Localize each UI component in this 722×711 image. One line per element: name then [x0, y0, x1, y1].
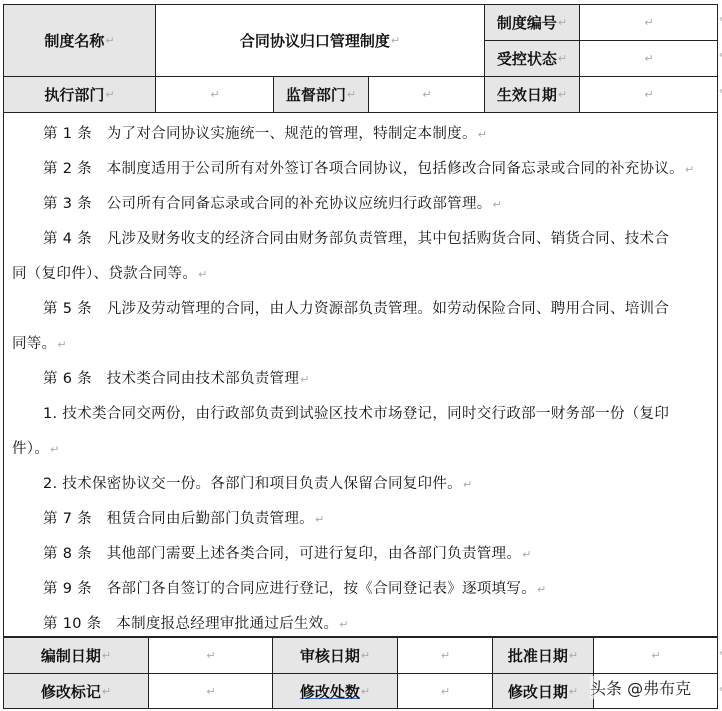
policy-code-field[interactable]: ↵ — [579, 4, 718, 41]
article-8: 第 8 条 其他部门需要上述各类合同，可进行复印，由各部门负责管理。↵ — [43, 542, 532, 563]
approve-date-label: 批准日期↵ — [492, 637, 594, 674]
article-9: 第 9 条 各部门各自签订的合同应进行登记，按《合同登记表》逐项填写。↵ — [43, 577, 546, 598]
effective-date-field[interactable]: ↵ — [579, 76, 718, 113]
article-6-item-1: 1. 技术类合同交两份，由行政部负责到试验区技术市场登记，同时交行政部一财务部一… — [43, 402, 669, 423]
revision-mark-label: 修改标记↵ — [3, 673, 149, 709]
policy-name-value[interactable]: 合同协议归口管理制度↵ — [155, 4, 485, 77]
revision-count-label: 修改处数↵ — [272, 673, 398, 709]
watermark: 头条 @弗布克 — [590, 676, 691, 699]
review-date-label: 审核日期↵ — [272, 637, 398, 674]
article-3: 第 3 条 公司所有合同备忘录或合同的补充协议应统归行政部管理。↵ — [43, 192, 502, 213]
article-4-cont: 同（复印件）、贷款合同等。↵ — [12, 262, 208, 283]
approve-date-field[interactable]: ↵ — [593, 637, 718, 674]
effective-date-label: 生效日期↵ — [484, 76, 580, 113]
review-date-field[interactable]: ↵ — [397, 637, 493, 674]
revision-count-field[interactable]: ↵ — [397, 673, 493, 709]
article-1: 第 1 条 为了对合同协议实施统一、规范的管理，特制定本制度。↵ — [43, 122, 487, 143]
supervise-dept-label: 监督部门↵ — [273, 76, 369, 113]
exec-dept-label: 执行部门↵ — [3, 76, 156, 113]
article-2: 第 2 条 本制度适用于公司所有对外签订各项合同协议，包括修改合同备忘录或合同的… — [43, 157, 694, 178]
article-10: 第 10 条 本制度报总经理审批通过后生效。↵ — [43, 612, 349, 633]
revision-date-label: 修改日期↵ — [492, 673, 594, 709]
article-6-item-1-cont: 件）。↵ — [12, 437, 60, 458]
revision-mark-field[interactable]: ↵ — [148, 673, 273, 709]
control-status-field[interactable]: ↵ — [579, 40, 718, 77]
policy-code-label: 制度编号↵ — [484, 4, 580, 41]
prepared-date-label: 编制日期↵ — [3, 637, 149, 674]
article-6: 第 6 条 技术类合同由技术部负责管理↵ — [43, 367, 310, 388]
supervise-dept-field[interactable]: ↵ — [368, 76, 485, 113]
exec-dept-field[interactable]: ↵ — [155, 76, 274, 113]
prepared-date-field[interactable]: ↵ — [148, 637, 273, 674]
article-6-item-2: 2. 技术保密协议交一份。各部门和项目负责人保留合同复印件。↵ — [43, 472, 472, 493]
article-4: 第 4 条 凡涉及财务收支的经济合同由财务部负责管理，其中包括购货合同、销货合同… — [43, 227, 669, 248]
article-5-cont: 同等。↵ — [12, 332, 67, 353]
policy-name-label: 制度名称↵ — [3, 4, 156, 77]
article-5: 第 5 条 凡涉及劳动管理的合同，由人力资源部负责管理。如劳动保险合同、聘用合同… — [43, 297, 669, 318]
article-7: 第 7 条 租赁合同由后勤部门负责管理。↵ — [43, 507, 324, 528]
control-status-label: 受控状态↵ — [484, 40, 580, 77]
